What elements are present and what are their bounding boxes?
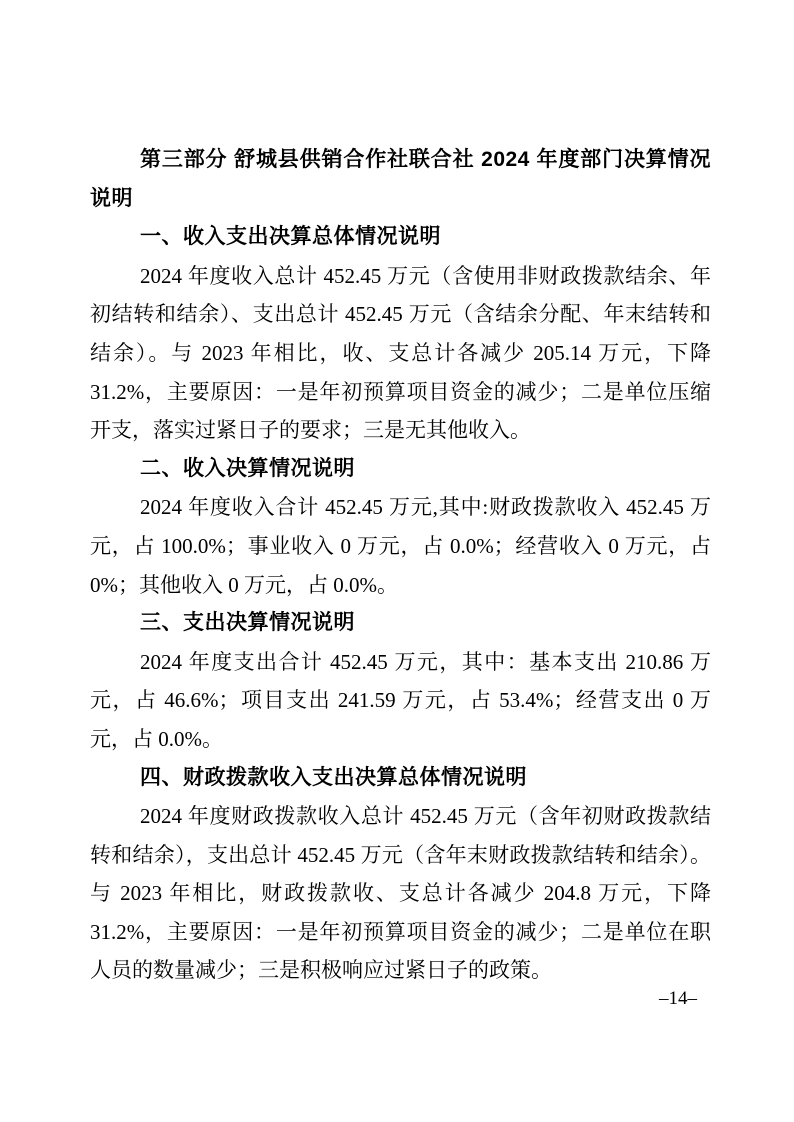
section-heading: 一、收入支出决算总体情况说明 xyxy=(90,218,711,257)
section-heading: 三、支出决算情况说明 xyxy=(90,604,711,643)
section-paragraph: 2024 年度收入总计 452.45 万元（含使用非财政拨款结余、年初结转和结余… xyxy=(90,257,711,450)
section-paragraph: 2024 年度支出合计 452.45 万元，其中：基本支出 210.86 万元，… xyxy=(90,643,711,759)
section-paragraph: 2024 年度收入合计 452.45 万元,其中:财政拨款收入 452.45 万… xyxy=(90,488,711,604)
document-page: 第三部分 舒城县供销合作社联合社 2024 年度部门决算情况说明 一、收入支出决… xyxy=(0,0,794,1122)
section-heading: 四、财政拨款收入支出决算总体情况说明 xyxy=(90,759,711,798)
section-paragraph: 2024 年度财政拨款收入总计 452.45 万元（含年初财政拨款结转和结余），… xyxy=(90,797,711,990)
document-content: 第三部分 舒城县供销合作社联合社 2024 年度部门决算情况说明 一、收入支出决… xyxy=(90,141,711,990)
sections-container: 一、收入支出决算总体情况说明2024 年度收入总计 452.45 万元（含使用非… xyxy=(90,218,711,990)
page-number: –14– xyxy=(640,988,716,1010)
section-heading: 二、收入决算情况说明 xyxy=(90,450,711,489)
page-title: 第三部分 舒城县供销合作社联合社 2024 年度部门决算情况说明 xyxy=(90,141,711,218)
